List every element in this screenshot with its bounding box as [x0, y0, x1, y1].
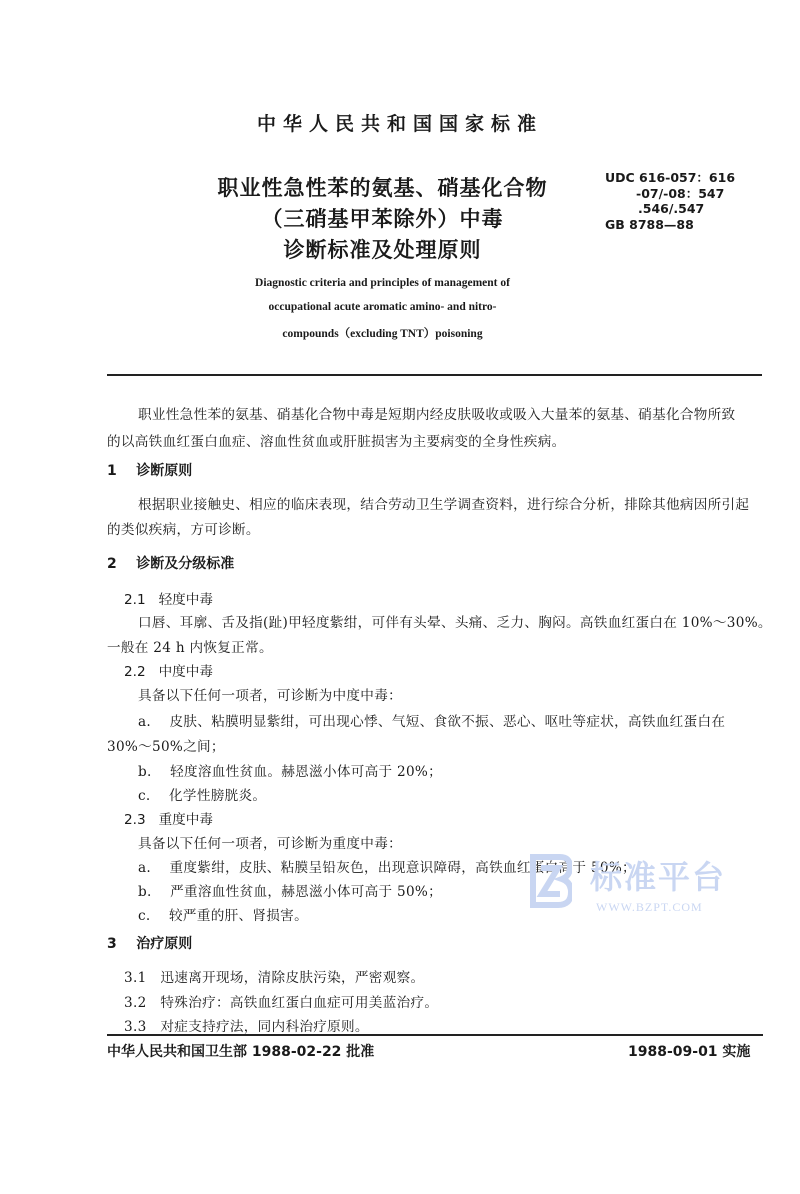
subsection-2-3-heading: 2.3 重度中毒 — [124, 808, 213, 828]
section-1-heading: 1 诊断原则 — [107, 460, 192, 480]
english-title-line-1: Diagnostic criteria and principles of ma… — [150, 277, 615, 289]
subsection-2-3-item-b: b. 严重溶血性贫血，赫恩滋小体可高于 50%； — [138, 880, 442, 900]
document-title-line-2: （三硝基甲苯除外）中毒 — [150, 203, 615, 233]
subsection-2-2-item-b: b. 轻度溶血性贫血。赫恩滋小体可高于 20%； — [138, 760, 442, 780]
item-b-text: 严重溶血性贫血，赫恩滋小体可高于 50%； — [170, 884, 442, 900]
section-2-title: 诊断及分级标准 — [136, 556, 234, 572]
treatment-text: 迅速离开现场，清除皮肤污染，严密观察。 — [160, 970, 424, 986]
item-b-label: b. — [138, 764, 152, 780]
udc-line-1: UDC 616-057：616 — [605, 170, 735, 186]
header-divider — [107, 374, 762, 376]
treatment-text: 特殊治疗：高铁血红蛋白血症可用美蓝治疗。 — [160, 995, 438, 1011]
item-b-label: b. — [138, 884, 152, 900]
item-a-label: a. — [138, 860, 151, 876]
footer-divider — [107, 1034, 763, 1036]
treatment-number: 3.3 — [124, 1019, 147, 1035]
treatment-text: 对症支持疗法，同内科治疗原则。 — [160, 1019, 368, 1035]
english-title-line-2: occupational acute aromatic amino- and n… — [150, 301, 615, 313]
item-b-text: 轻度溶血性贫血。赫恩滋小体可高于 20%； — [170, 764, 442, 780]
subsection-2-2-item-a: a. 皮肤、粘膜明显紫绀，可出现心悸、气短、食欲不振、恶心、呕吐等症状，高铁血红… — [138, 710, 725, 730]
section-2-heading: 2 诊断及分级标准 — [107, 553, 234, 573]
gb-number: GB 8788—88 — [605, 217, 735, 233]
treatment-item-3-3: 3.3 对症支持疗法，同内科治疗原则。 — [124, 1015, 369, 1035]
subsection-2-2-item-c: c. 化学性膀胱炎。 — [138, 784, 266, 804]
section-2-number: 2 — [107, 556, 117, 572]
section-3-heading: 3 治疗原则 — [107, 933, 192, 953]
item-c-text: 较严重的肝、肾损害。 — [169, 908, 308, 924]
subsection-2-2-number: 2.2 — [124, 664, 146, 680]
subsection-2-1-line-2: 一般在 24 h 内恢复正常。 — [107, 636, 273, 656]
national-standard-heading: 中华人民共和国国家标准 — [0, 109, 800, 136]
treatment-item-3-2: 3.2 特殊治疗：高铁血红蛋白血症可用美蓝治疗。 — [124, 991, 438, 1011]
watermark-url: WWW.BZPT.COM — [596, 900, 703, 915]
section-3-number: 3 — [107, 936, 117, 952]
bzpt-logo-icon — [530, 854, 572, 908]
section-1-title: 诊断原则 — [136, 463, 192, 479]
effective-date: 1988-09-01 实施 — [628, 1041, 750, 1061]
subsection-2-2-heading: 2.2 中度中毒 — [124, 660, 213, 680]
subsection-2-3-title: 重度中毒 — [159, 812, 213, 828]
subsection-2-3-lead: 具备以下任何一项者，可诊断为重度中毒： — [138, 832, 402, 852]
subsection-2-2-item-a-cont: 30%～50%之间； — [107, 735, 225, 755]
subsection-2-2-title: 中度中毒 — [159, 664, 213, 680]
subsection-2-3-item-c: c. 较严重的肝、肾损害。 — [138, 904, 308, 924]
section-1-line-1: 根据职业接触史、相应的临床表现，结合劳动卫生学调查资料，进行综合分析，排除其他病… — [138, 493, 749, 513]
subsection-2-1-number: 2.1 — [124, 592, 146, 608]
intro-line-2: 的以高铁血红蛋白血症、溶血性贫血或肝脏损害为主要病变的全身性疾病。 — [107, 430, 566, 450]
intro-line-1: 职业性急性苯的氨基、硝基化合物中毒是短期内经皮肤吸收或吸入大量苯的氨基、硝基化合… — [138, 403, 735, 423]
item-a-label: a. — [138, 714, 151, 730]
subsection-2-3-number: 2.3 — [124, 812, 146, 828]
item-c-text: 化学性膀胱炎。 — [169, 788, 266, 804]
document-title-line-3: 诊断标准及处理原则 — [150, 234, 615, 264]
udc-line-3: .546/.547 — [605, 201, 735, 217]
item-c-label: c. — [138, 908, 151, 924]
subsection-2-1-heading: 2.1 轻度中毒 — [124, 588, 213, 608]
section-1-number: 1 — [107, 463, 117, 479]
udc-classification: UDC 616-057：616 -07/-08：547 .546/.547 GB… — [605, 170, 735, 232]
item-c-label: c. — [138, 788, 151, 804]
treatment-number: 3.1 — [124, 970, 147, 986]
subsection-2-2-lead: 具备以下任何一项者，可诊断为中度中毒： — [138, 684, 402, 704]
english-title-line-3: compounds（excluding TNT）poisoning — [150, 325, 615, 341]
bzpt-watermark: 标准平台 WWW.BZPT.COM — [530, 852, 730, 922]
subsection-2-1-title: 轻度中毒 — [159, 592, 213, 608]
item-a-text: 皮肤、粘膜明显紫绀，可出现心悸、气短、食欲不振、恶心、呕吐等症状，高铁血红蛋白在 — [170, 714, 726, 730]
section-3-title: 治疗原则 — [136, 936, 192, 952]
document-title-line-1: 职业性急性苯的氨基、硝基化合物 — [150, 172, 615, 202]
approval-info: 中华人民共和国卫生部 1988-02-22 批准 — [107, 1041, 374, 1061]
treatment-number: 3.2 — [124, 995, 147, 1011]
udc-line-2: -07/-08：547 — [605, 186, 735, 202]
treatment-item-3-1: 3.1 迅速离开现场，清除皮肤污染，严密观察。 — [124, 966, 424, 986]
subsection-2-1-line-1: 口唇、耳廓、舌及指(趾)甲轻度紫绀，可伴有头晕、头痛、乏力、胸闷。高铁血红蛋白在… — [138, 611, 772, 631]
watermark-text: 标准平台 — [590, 852, 726, 898]
section-1-line-2: 的类似疾病，方可诊断。 — [107, 518, 260, 538]
